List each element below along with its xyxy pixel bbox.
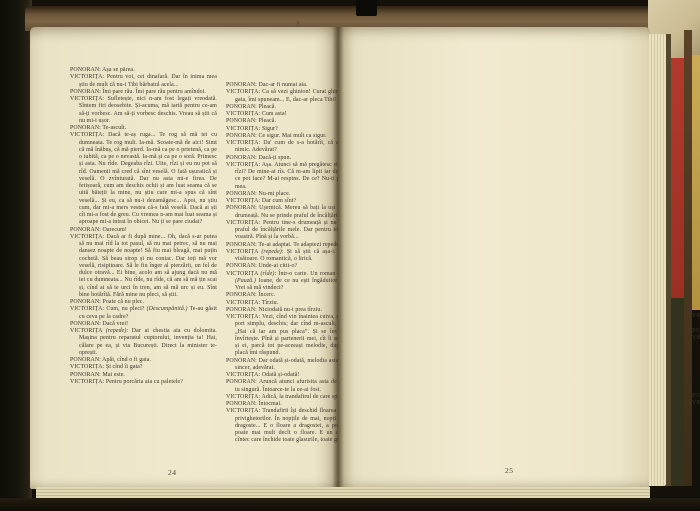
- bookmark-tab: [356, 0, 377, 16]
- cover-outer-yellow-edge: [692, 55, 700, 310]
- scanned-book-photo: PONORAN: Așa se părea.VICTORIȚA: Pentru …: [0, 0, 700, 511]
- dialogue-line: VICTORIȚA: Și cînd îi gata?: [70, 364, 217, 371]
- dialogue-line: VICTORIȚA: Spune, Ion Ponoran, de ce nu …: [692, 335, 700, 393]
- page-left: PONORAN: Așa se părea.VICTORIȚA: Pentru …: [30, 27, 338, 489]
- dialogue-line: PONORAN: Iar ai pus vreo placă din cîte …: [692, 393, 700, 400]
- cover-dark-edge: [671, 298, 684, 486]
- page-number-left: 24: [168, 468, 177, 477]
- dialogue-line: VICTORIȚA: Și dacă ce-ți spun e adevărul…: [692, 400, 700, 415]
- dialogue-line: PONORAN: Mai este.: [70, 372, 217, 379]
- page-number-right: 25: [505, 466, 514, 475]
- scanner-background-bottom: [0, 498, 700, 511]
- dialogue-line: VICTORIȚA: Dacă ar fi după mine... Oh, d…: [70, 234, 217, 299]
- dialogue-line: VICTORIȚA: Cum, nu pleci? (Descumpănită.…: [70, 306, 217, 321]
- dialogue-line: VICTORIȚA: Sufletește, nici n-am fost le…: [70, 96, 217, 125]
- dialogue-line: PONORAN: Știi tu mai bine.: [692, 328, 700, 335]
- signature-mark: 3: [296, 20, 300, 28]
- dialogue-line: PONORAN: Dacă vrei!: [70, 321, 217, 328]
- dialogue-line: VICTORIȚA: Dacă te-aș ruga... Te rog să …: [70, 132, 217, 226]
- dialogue-line: VICTORIȚA (repede): Dar ai chestia aia c…: [70, 328, 217, 357]
- dialogue-line: PONORAN: Îmi pare rău. Îmi pare rău pent…: [70, 89, 217, 96]
- dialogue-line: VICTORIȚA: Pentru porcăria aia cu palete…: [70, 379, 217, 386]
- book-gutter-shadow: [332, 27, 344, 488]
- page-block-fore-edge: [649, 34, 666, 486]
- dialogue-line: PONORAN: Oarecum!: [70, 227, 217, 234]
- page-right: rile pămîntului. Cum închide și răsuflar…: [338, 27, 650, 487]
- dialogue-line: PONORAN: Apăi, cînd o fi gata.: [70, 357, 217, 364]
- scanner-background-left: [0, 0, 32, 511]
- text-column: PONORAN: Așa se părea.VICTORIȚA: Pentru …: [70, 67, 217, 491]
- dialogue-line: VICTORIȚA: Dar cum mă port? Ca o fiară? …: [692, 313, 700, 328]
- cover-red-edge: [671, 58, 684, 298]
- dialogue-line: PONORAN: Te-ascult.: [70, 125, 217, 132]
- cover-spine-edge: [684, 30, 692, 486]
- dialogue-line: VICTORIȚA: Pentru voi, cei dinafară. Dar…: [70, 74, 217, 89]
